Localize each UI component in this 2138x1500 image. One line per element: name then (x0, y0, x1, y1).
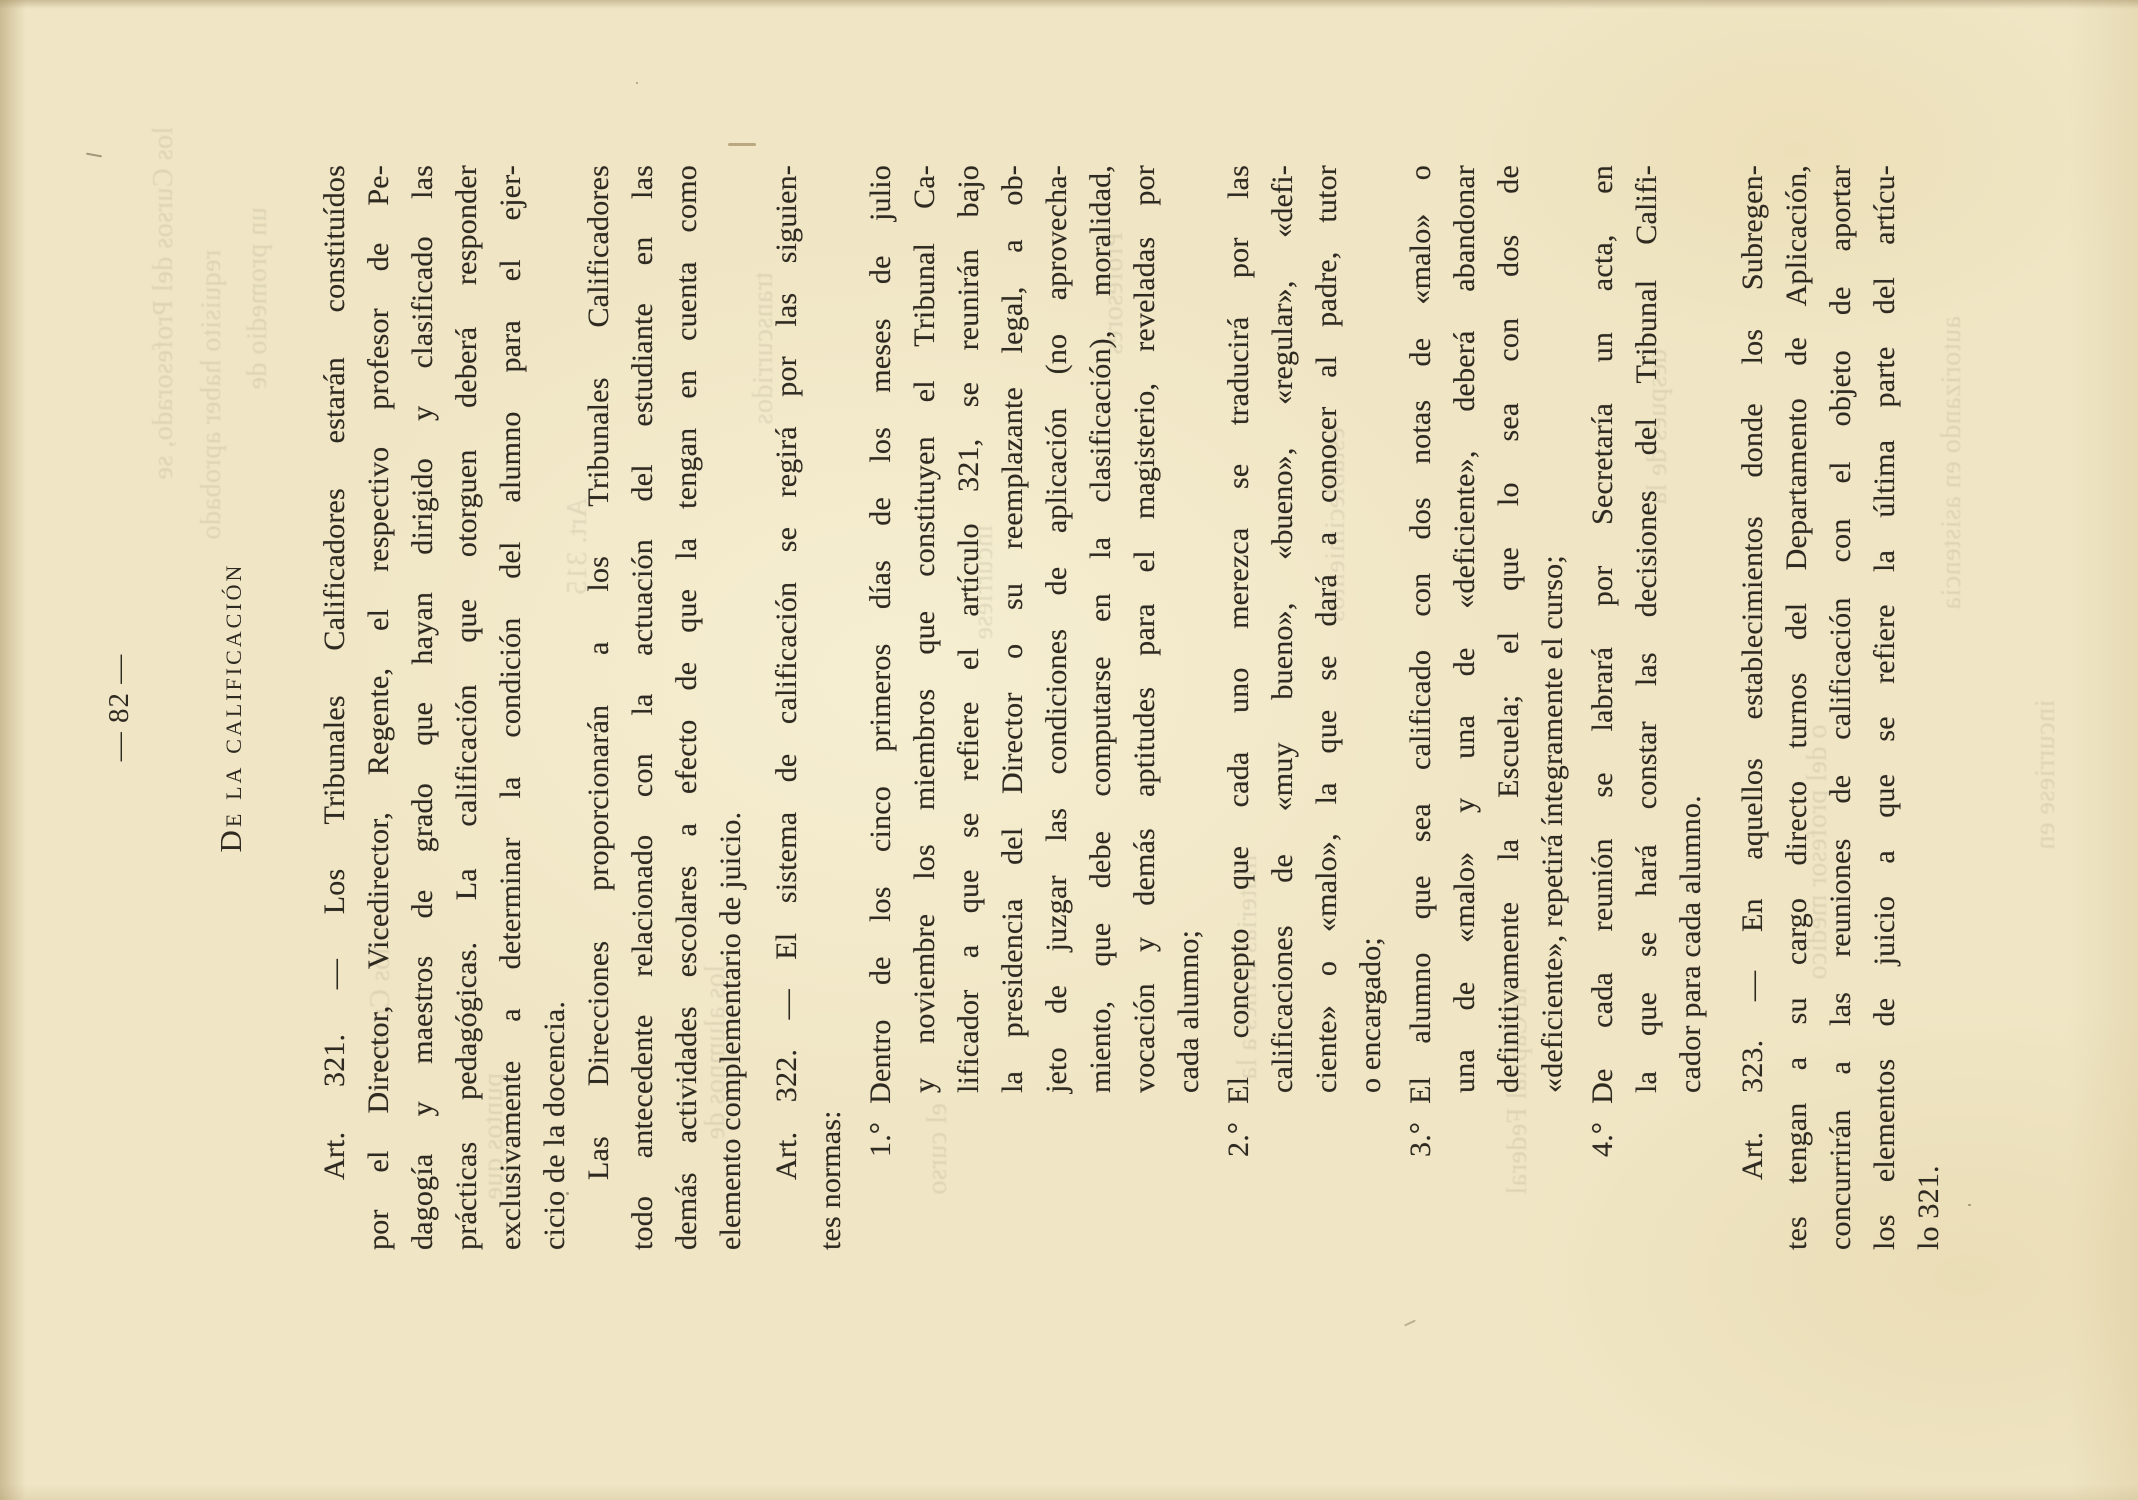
scan-speck-artifact (636, 82, 638, 84)
text-line: tes tengan a su cargo directo turnos del… (1775, 165, 1819, 1250)
ghost-text-fragment: incurriese en (2030, 700, 2062, 850)
text-line: ciente» o «malo», la que se dará a conoc… (1305, 165, 1349, 1250)
text-line: miento, que debe computarse en la clasif… (1079, 165, 1123, 1250)
article-paragraph: Art. 321. — Los Tribunales Calificadores… (313, 165, 577, 1250)
text-line: prácticas pedagógicas. La calificación q… (445, 165, 489, 1250)
ghost-text-fragment: los Cursos del Profesorado, se (148, 127, 180, 480)
rotated-page-content: los Cursos del Profesorado, serequisito … (0, 0, 2138, 1500)
text-line: 4.°De cada reunión se labrará por Secret… (1581, 165, 1625, 1250)
scan-speck-artifact (1244, 688, 1246, 691)
text-line: lificador a que se refiere el artículo 3… (947, 165, 991, 1250)
text-line: o encargado; (1349, 165, 1393, 1250)
text-line: todo antecedente relacionado con la actu… (621, 165, 665, 1250)
text-line: exclusivamente a determinar la condición… (489, 165, 533, 1250)
item-number: 3.° (1404, 1104, 1437, 1157)
text-line: Art. 321. — Los Tribunales Calificadores… (313, 165, 357, 1250)
text-line: 1.°Dentro de los cinco primeros días de … (859, 165, 903, 1250)
text-line: una de «malo» y una de «deficiente», deb… (1443, 165, 1487, 1250)
text-line: lo 321. (1907, 165, 1951, 1250)
scan-speck-artifact (566, 1192, 569, 1195)
list-item: 3.°El alumno que sea calificado con dos … (1399, 165, 1575, 1250)
list-item: 1.°Dentro de los cinco primeros días de … (859, 165, 1211, 1250)
text-line: «deficiente», repetirá íntegramente el c… (1531, 165, 1575, 1250)
text-line: demás actividades escolares a efecto de … (665, 165, 709, 1250)
text-line: 3.°El alumno que sea calificado con dos … (1399, 165, 1443, 1250)
scan-speck-artifact (1968, 1204, 1971, 1206)
text-line: calificaciones de «muy bueno», «bueno», … (1261, 165, 1305, 1250)
text-line: tes normas: (809, 165, 853, 1250)
article-paragraph: Art. 322. — El sistema de calificación s… (765, 165, 853, 1250)
text-line: elemento complementario de juicio. (709, 165, 753, 1250)
text-line: Las Direcciones proporcionarán a los Tri… (577, 165, 621, 1250)
page-number: — 82 — (103, 165, 136, 1250)
item-number: 1.° (864, 1104, 897, 1157)
text-line: Art. 323. — En aquellos establecimientos… (1731, 165, 1775, 1250)
item-number: 2.° (1222, 1104, 1255, 1157)
text-line: definitivamente la Escuela; el que lo se… (1487, 165, 1531, 1250)
list-item: 2.°El concepto que cada uno merezca se t… (1217, 165, 1393, 1250)
item-number: 4.° (1586, 1104, 1619, 1157)
text-line: concurrirán a las reuniones de calificac… (1819, 165, 1863, 1250)
text-line: la que se hará constar las decisiones de… (1625, 165, 1669, 1250)
text-line: cada alumno; (1167, 165, 1211, 1250)
text-line: dagogía y maestros de grado que hayan di… (401, 165, 445, 1250)
article-paragraph: Las Direcciones proporcionarán a los Tri… (577, 165, 753, 1250)
text-line: cicio de la docencia. (533, 165, 577, 1250)
text-line: y noviembre los miembros que constituyen… (903, 165, 947, 1250)
section-title: De la calificación (213, 165, 249, 1250)
article-paragraph: Art. 323. — En aquellos establecimientos… (1731, 165, 1951, 1250)
text-line: los elementos de juicio a que se refiere… (1863, 165, 1907, 1250)
list-item: 4.°De cada reunión se labrará por Secret… (1581, 165, 1713, 1250)
text-line: jeto de juzgar las condiciones de aplica… (1035, 165, 1079, 1250)
text-line: por el Director, Vicedirector, Regente, … (357, 165, 401, 1250)
text-line: vocación y demás aptitudes para el magis… (1123, 165, 1167, 1250)
scanned-book-page: los Cursos del Profesorado, serequisito … (0, 0, 2138, 1500)
body-text-column: Art. 321. — Los Tribunales Calificadores… (313, 165, 1951, 1250)
scan-stain-artifact (728, 143, 756, 146)
text-line: 2.°El concepto que cada uno merezca se t… (1217, 165, 1261, 1250)
text-line: cador para cada alumno. (1669, 165, 1713, 1250)
text-line: Art. 322. — El sistema de calificación s… (765, 165, 809, 1250)
text-line: la presidencia del Director o su reempla… (991, 165, 1035, 1250)
